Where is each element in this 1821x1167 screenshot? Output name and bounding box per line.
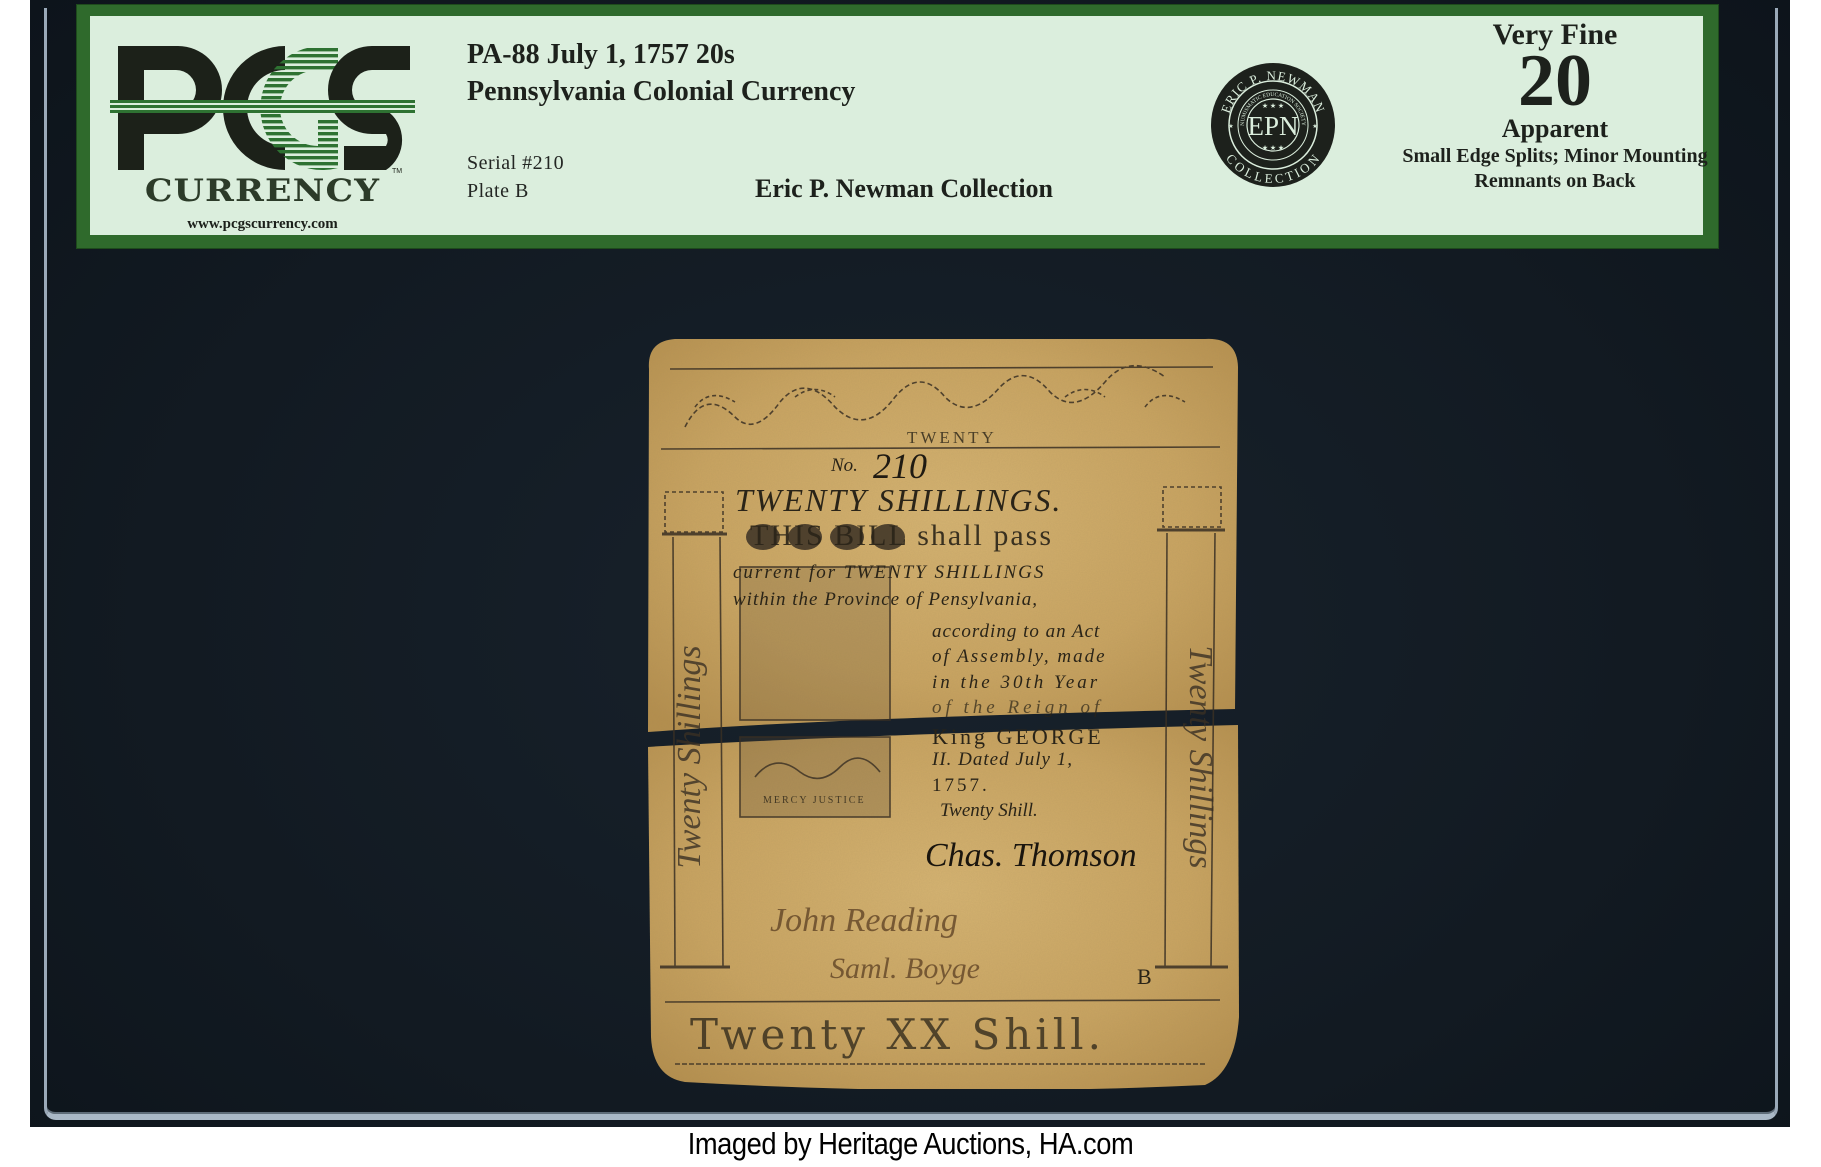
svg-text:★ ★ ★: ★ ★ ★ [1262, 102, 1284, 110]
note-bottom-border-text: Twenty XX Shill. [690, 1010, 1105, 1059]
grade-qualifier: Apparent [1390, 114, 1720, 144]
signature-thomson: Chas. Thomson [925, 837, 1137, 875]
plate-letter: Plate B [467, 180, 529, 203]
note-series-title: Pennsylvania Colonial Currency [467, 76, 855, 108]
note-catalog-title: PA-88 July 1, 1757 20s [467, 39, 735, 71]
note-line11: Twenty Shill. [940, 800, 1038, 822]
note-heading: TWENTY SHILLINGS. [735, 482, 1062, 519]
colonial-banknote: Twenty Shillings Twenty Shillings TWENTY… [645, 337, 1240, 1089]
note-line10: 1757. [932, 775, 990, 797]
note-line2: current for TWENTY SHILLINGS [733, 562, 1045, 584]
svg-text:★: ★ [1228, 123, 1233, 130]
signature-boyge: Saml. Boyge [830, 952, 980, 986]
note-plate-letter: B [1137, 964, 1152, 990]
note-line3: within the Province of Pensylvania, [733, 589, 1038, 611]
note-serial-handwritten: 210 [873, 445, 927, 487]
pcgs-logo-icon: TM [110, 30, 415, 175]
vignette-motto: MERCY JUSTICE [763, 795, 866, 806]
note-line5: of Assembly, made [932, 646, 1107, 668]
svg-text:★: ★ [1312, 123, 1317, 130]
grading-label: TM CURRENCY www.pcgscurrency.com PA-88 J… [77, 5, 1718, 248]
note-number-prefix: No. [831, 455, 858, 477]
pedigree-text: Eric P. Newman Collection [755, 174, 1053, 204]
label-panel: TM CURRENCY www.pcgscurrency.com PA-88 J… [90, 16, 1703, 235]
grade-comment-line2: Remnants on Back [1390, 169, 1720, 194]
svg-text:Twenty Shillings: Twenty Shillings [1182, 645, 1219, 868]
signature-reading: John Reading [770, 902, 958, 940]
note-line9: II. Dated July 1, [932, 749, 1073, 771]
pcgs-logo: TM CURRENCY www.pcgscurrency.com [110, 30, 415, 230]
note-line8: King GEORGE [932, 724, 1104, 750]
note-line6: in the 30th Year [932, 672, 1100, 694]
svg-text:Twenty Shillings: Twenty Shillings [671, 645, 708, 868]
grade-block: Very Fine 20 Apparent Small Edge Splits;… [1390, 18, 1720, 194]
epn-seal-icon: ERIC P. NEWMAN COLLECTION NUMISMATIC EDU… [1210, 62, 1336, 188]
svg-text:EPN: EPN [1247, 111, 1298, 141]
serial-number: Serial #210 [467, 152, 564, 175]
note-line7: of the Reign of [932, 697, 1103, 719]
note-line4: according to an Act [932, 621, 1100, 643]
grade-number: 20 [1390, 50, 1720, 112]
svg-text:★ ★ ★: ★ ★ ★ [1262, 144, 1284, 152]
website-url: www.pcgscurrency.com [110, 216, 415, 233]
currency-wordmark: CURRENCY [92, 173, 434, 209]
image-credit-caption: Imaged by Heritage Auctions, HA.com [109, 1126, 1711, 1162]
note-line1: THIS BILL shall pass [750, 519, 1053, 553]
grade-comment-line1: Small Edge Splits; Minor Mounting [1390, 144, 1720, 169]
